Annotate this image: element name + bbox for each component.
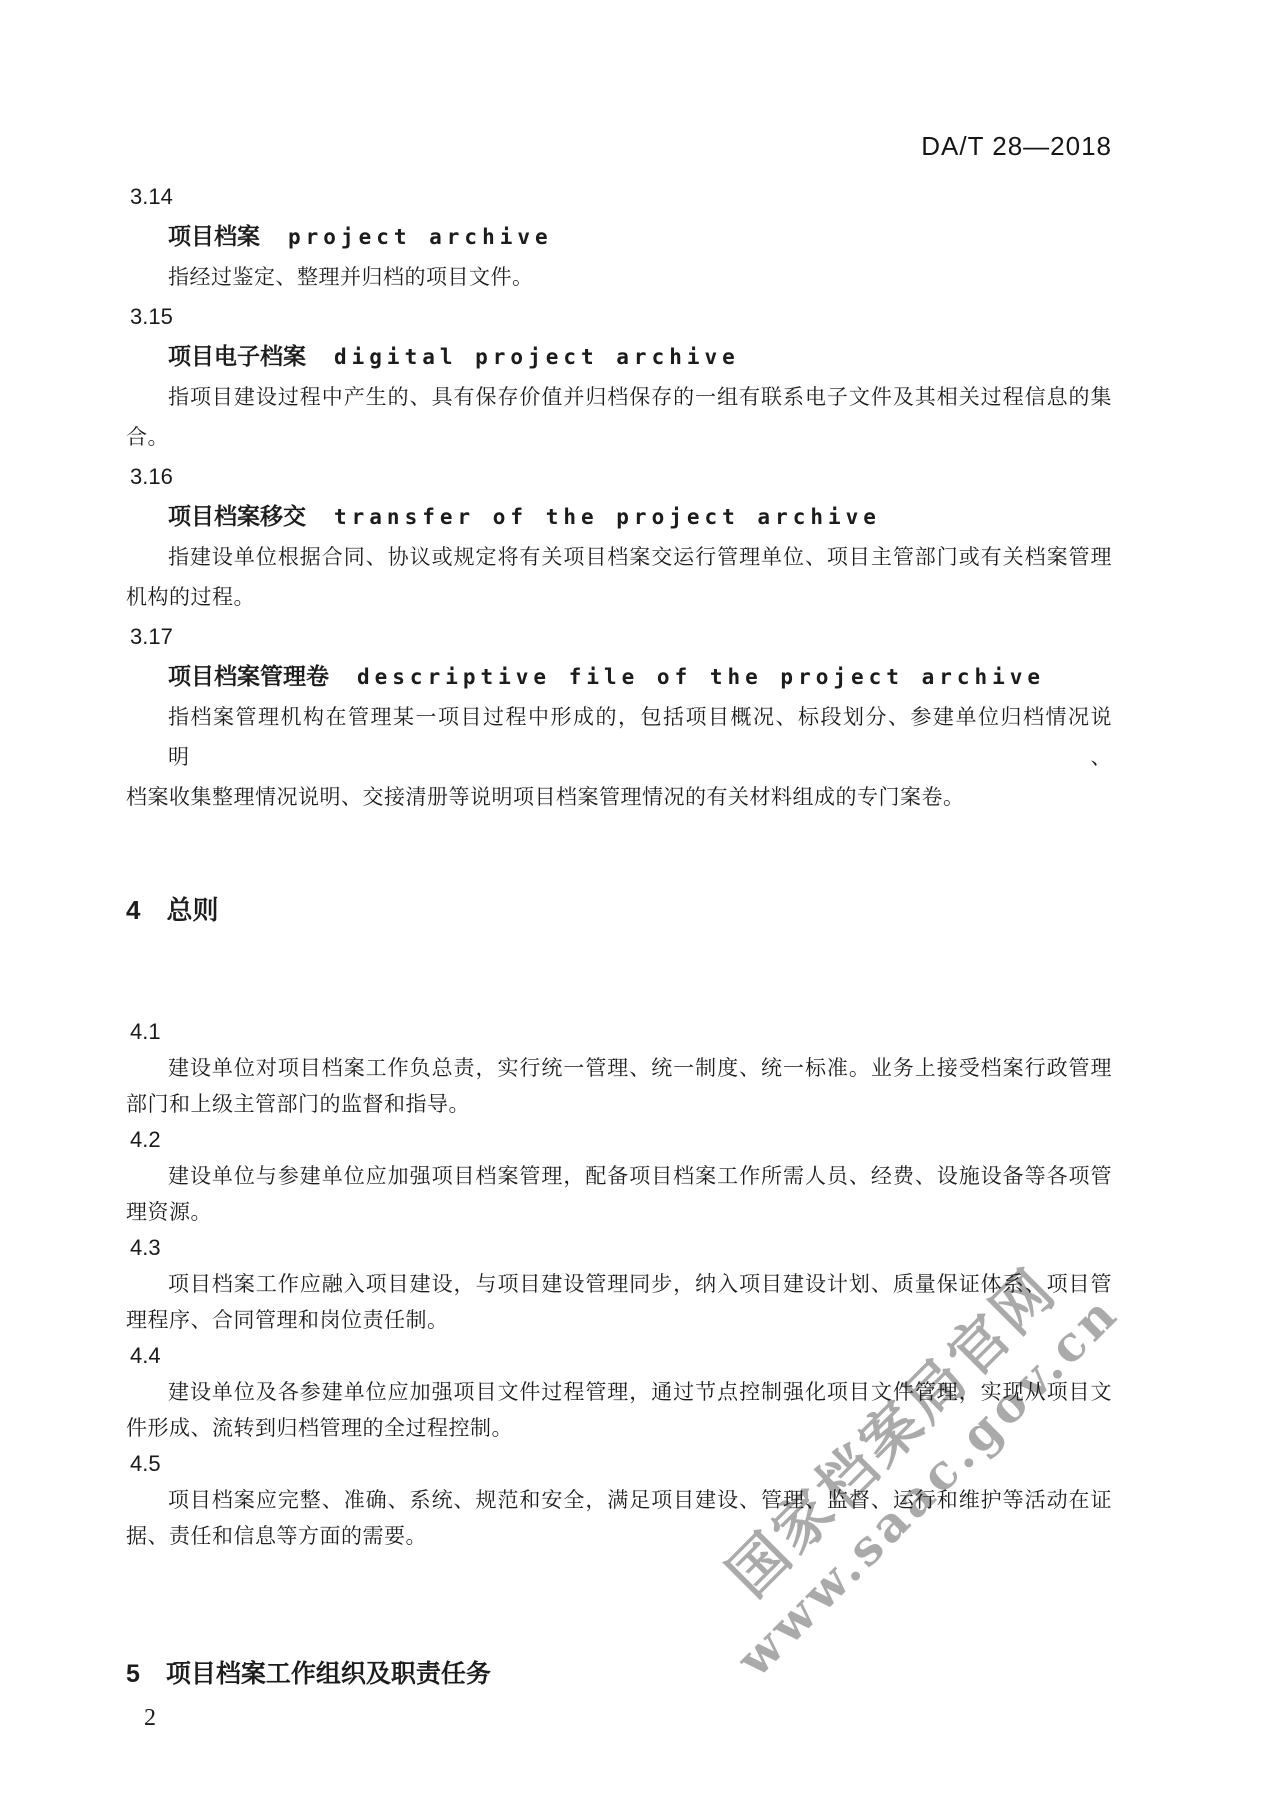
term-heading: 项目档案project archive [126, 217, 1112, 257]
clause-line: 理资源。 [126, 1194, 1112, 1230]
term-heading: 项目档案移交transfer of the project archive [126, 497, 1112, 537]
clause-line: 项目档案应完整、准确、系统、规范和安全，满足项目建设、管理、监督、运行和维护等活… [126, 1482, 1112, 1518]
clause-line: 件形成、流转到归档管理的全过程控制。 [126, 1410, 1112, 1446]
term-en: project archive [288, 225, 553, 249]
clause-line: 建设单位与参建单位应加强项目档案管理，配备项目档案工作所需人员、经费、设施设备等… [126, 1158, 1112, 1194]
term-definition-line: 机构的过程。 [126, 577, 1112, 617]
term-en: descriptive file of the project archive [357, 665, 1045, 689]
term-definition-line: 指档案管理机构在管理某一项目过程中形成的，包括项目概况、标段划分、参建单位归档情… [126, 697, 1112, 777]
clause-line: 理程序、合同管理和岗位责任制。 [126, 1302, 1112, 1338]
clause-line: 部门和上级主管部门的监督和指导。 [126, 1086, 1112, 1122]
clause-number: 4.5 [126, 1446, 1112, 1482]
term-number: 3.15 [126, 297, 1112, 337]
term-heading: 项目电子档案digital project archive [126, 337, 1112, 377]
term-number: 3.16 [126, 457, 1112, 497]
clause-line: 项目档案工作应融入项目建设，与项目建设管理同步，纳入项目建设计划、质量保证体系、… [126, 1266, 1112, 1302]
clause-line: 建设单位及各参建单位应加强项目文件过程管理，通过节点控制强化项目文件管理，实现从… [126, 1374, 1112, 1410]
term-definition-line: 指经过鉴定、整理并归档的项目文件。 [126, 257, 1112, 297]
section-4-number: 4 [126, 895, 140, 925]
terms-section: 3.14 项目档案project archive 指经过鉴定、整理并归档的项目文… [126, 177, 1112, 817]
section-5-number: 5 [126, 1660, 140, 1688]
section-5-heading: 5项目档案工作组织及职责任务 [126, 1651, 1112, 1698]
term-definition-line: 指项目建设过程中产生的、具有保存价值并归档保存的一组有联系电子文件及其相关过程信… [126, 377, 1112, 417]
term-zh: 项目电子档案 [168, 344, 306, 369]
term-definition-line: 指建设单位根据合同、协议或规定将有关项目档案交运行管理单位、项目主管部门或有关档… [126, 537, 1112, 577]
clause-line: 建设单位对项目档案工作负总责，实行统一管理、统一制度、统一标准。业务上接受档案行… [126, 1050, 1112, 1086]
term-definition-line: 档案收集整理情况说明、交接清册等说明项目档案管理情况的有关材料组成的专门案卷。 [126, 777, 1112, 817]
term-zh: 项目档案 [168, 224, 260, 249]
page-number: 2 [126, 1698, 1112, 1738]
clause-line: 据、责任和信息等方面的需要。 [126, 1518, 1112, 1554]
term-zh: 项目档案移交 [168, 504, 306, 529]
clause-number: 4.2 [126, 1122, 1112, 1158]
term-en: digital project archive [334, 345, 740, 369]
section-4-title: 总则 [166, 896, 218, 925]
section-5-title: 项目档案工作组织及职责任务 [166, 1661, 491, 1688]
term-zh: 项目档案管理卷 [168, 664, 329, 689]
document-page: 国家档案局官网 www.saac.gov.cn DA/T 28—2018 3.1… [0, 0, 1280, 1810]
doc-code: DA/T 28—2018 [126, 0, 1112, 162]
clause-number: 4.1 [126, 1014, 1112, 1050]
section-4-heading: 4总则 [126, 887, 1112, 934]
term-en: transfer of the project archive [334, 505, 881, 529]
clause-number: 4.3 [126, 1230, 1112, 1266]
section-4-body: 4.1 建设单位对项目档案工作负总责，实行统一管理、统一制度、统一标准。业务上接… [126, 1014, 1112, 1554]
clause-number: 4.4 [126, 1338, 1112, 1374]
page-content: DA/T 28—2018 3.14 项目档案project archive 指经… [126, 0, 1112, 1738]
term-heading: 项目档案管理卷descriptive file of the project a… [126, 657, 1112, 697]
term-definition-line: 合。 [126, 417, 1112, 457]
term-number: 3.17 [126, 617, 1112, 657]
term-number: 3.14 [126, 177, 1112, 217]
